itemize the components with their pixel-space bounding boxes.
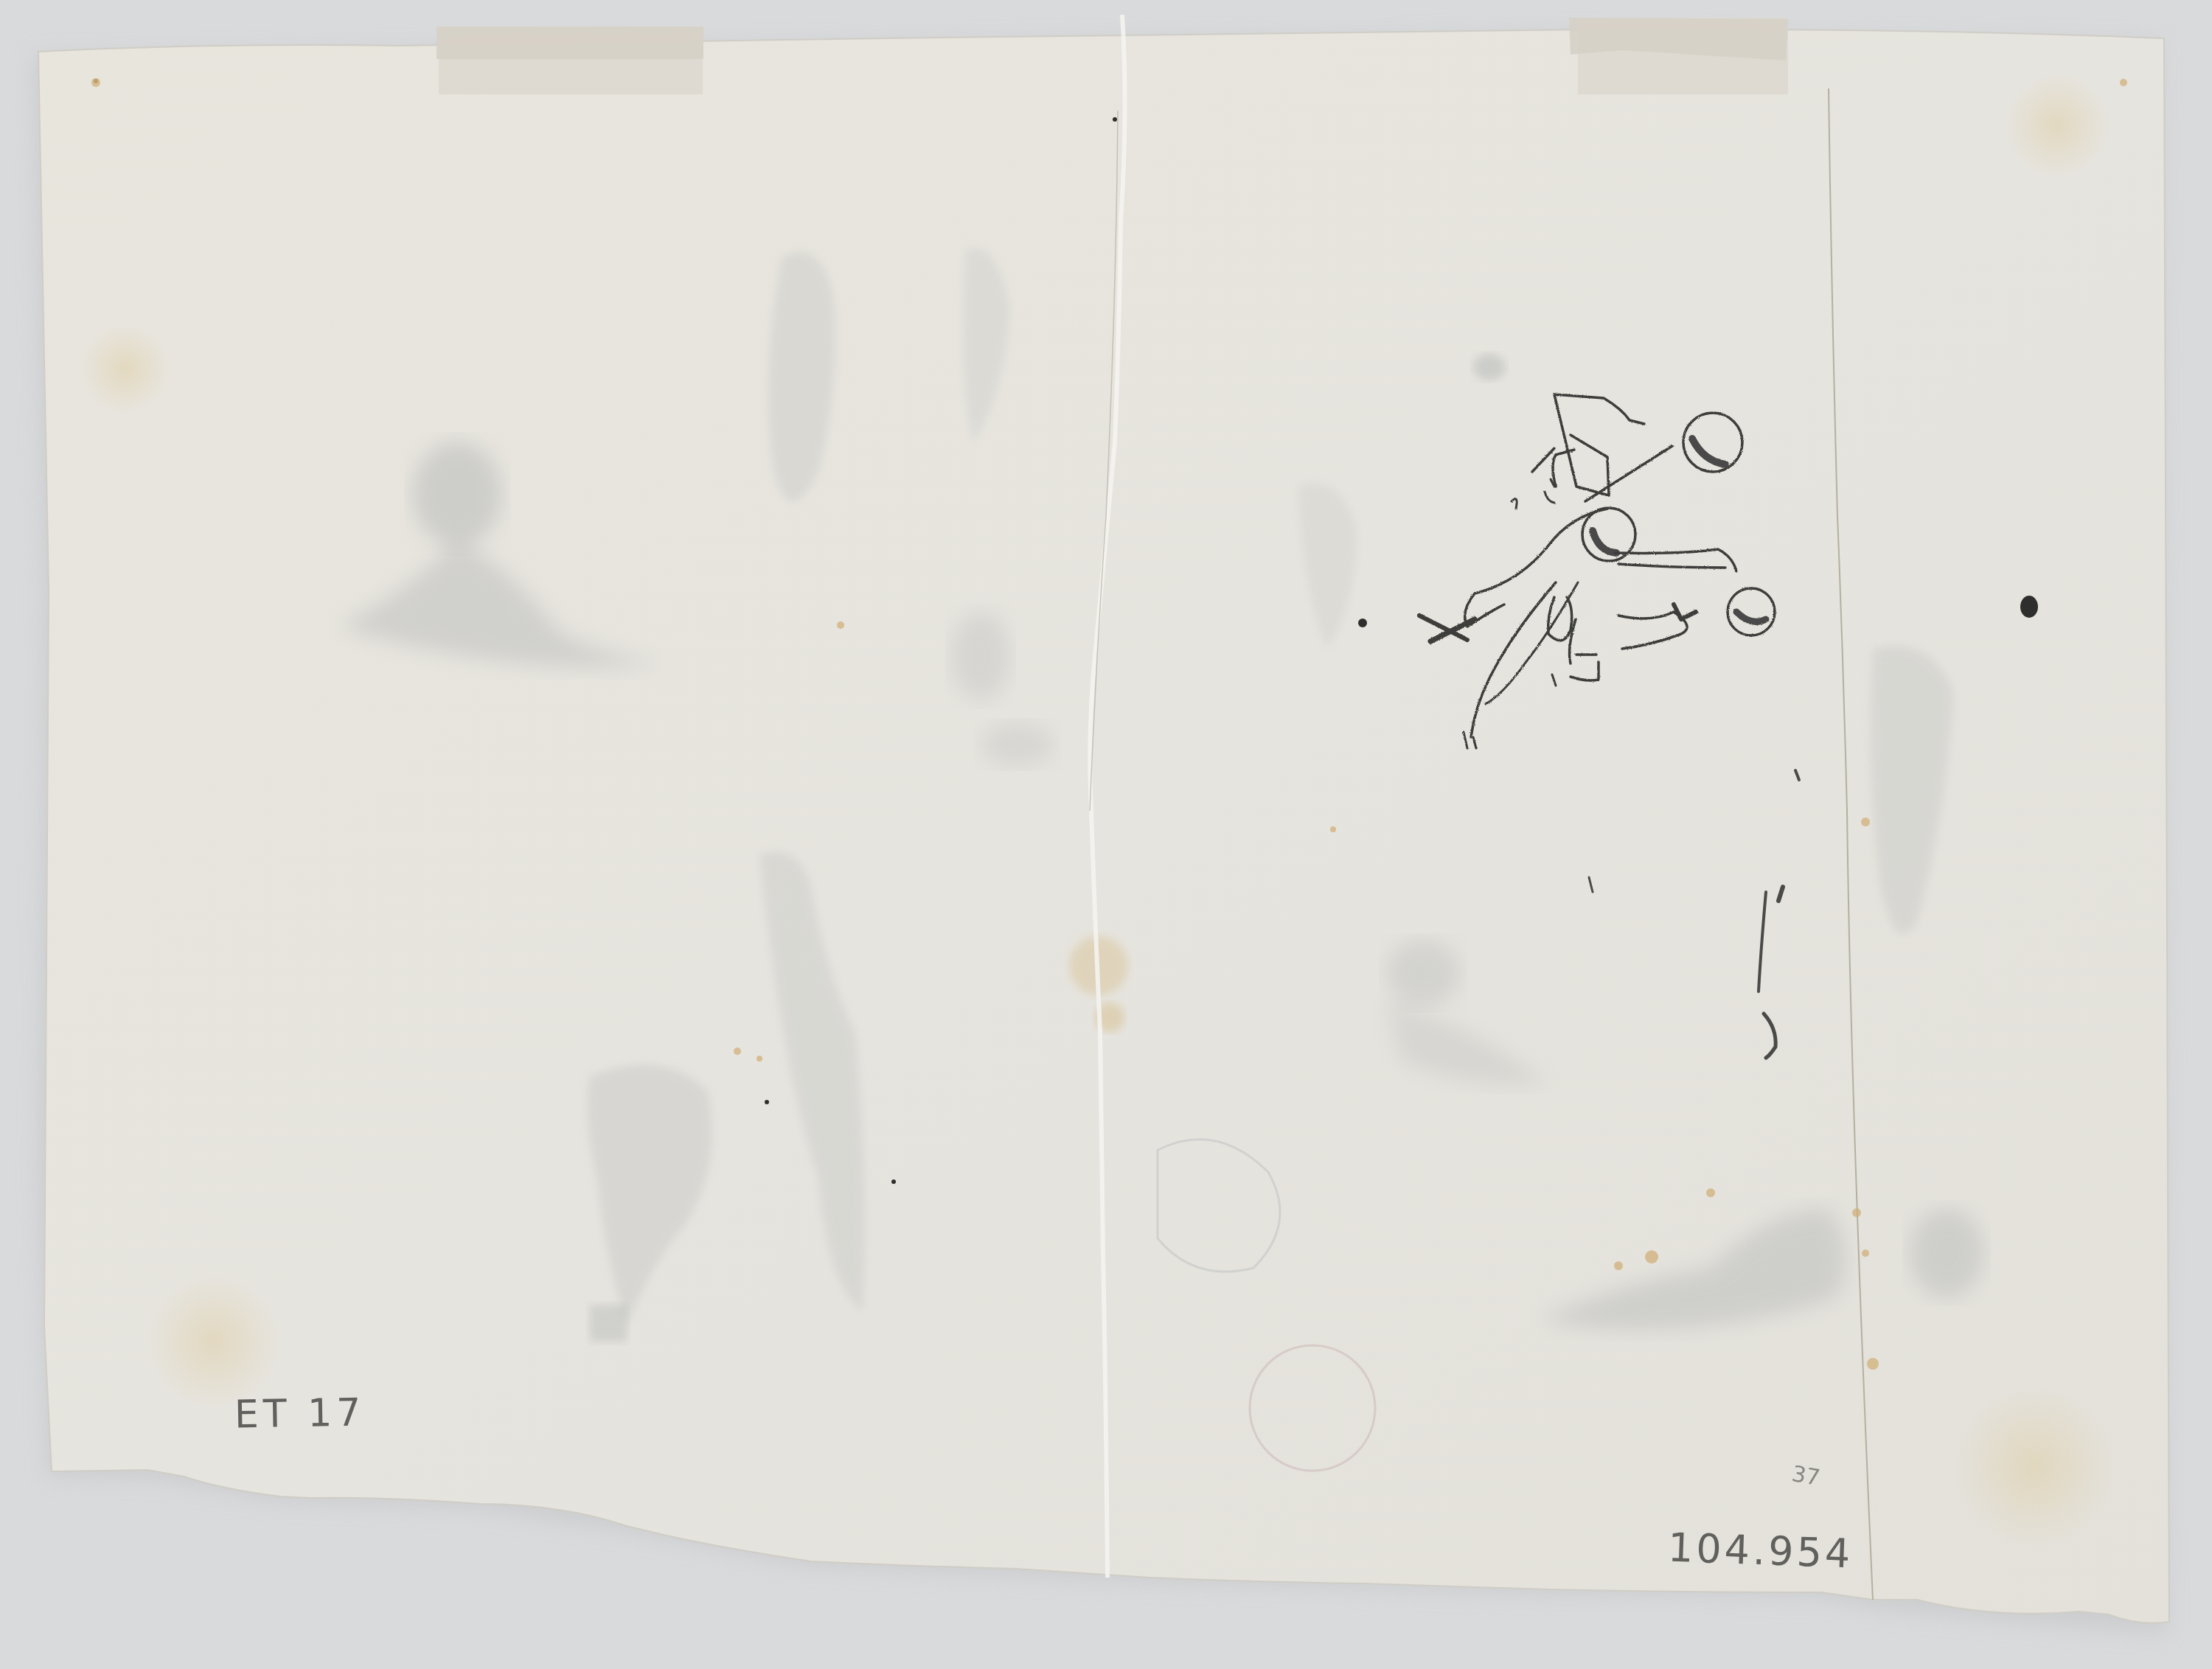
tape-strip-left — [437, 27, 703, 94]
artwork-photo: ET 17 104.954 37 — [0, 0, 2212, 1669]
tape-strip-right — [1569, 18, 1788, 94]
small-mark: 37 — [1790, 1461, 1822, 1491]
inscription-et17: ET 17 — [234, 1390, 365, 1437]
inventory-number: 104.954 — [1667, 1525, 1854, 1578]
